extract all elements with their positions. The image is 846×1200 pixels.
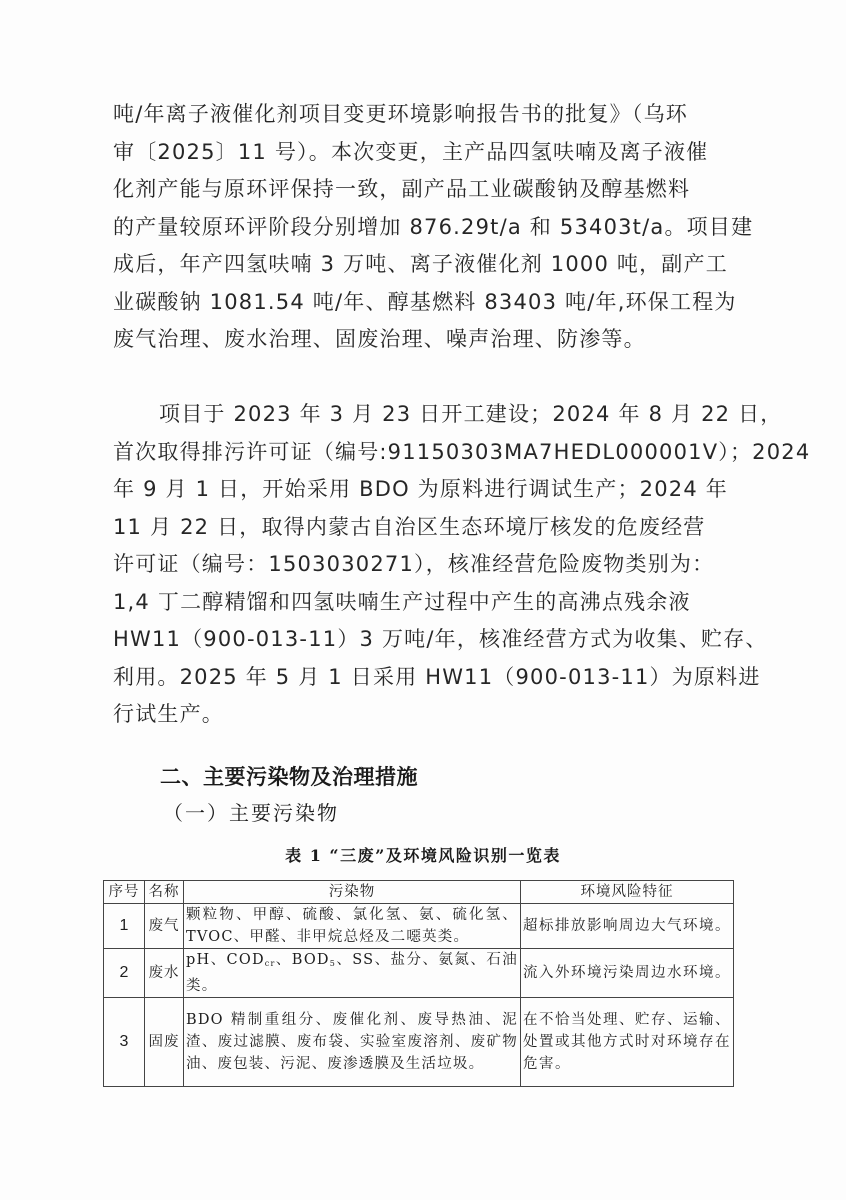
section-heading: 二、主要污染物及治理措施 — [160, 761, 418, 791]
cell-risk: 在不恰当处理、贮存、运输、处置或其他方式时对环境存在危害。 — [521, 998, 734, 1087]
pollutant-text: 、BOD — [275, 952, 329, 968]
text-line: 首次取得排污许可证（编号:91150303MA7HEDL000001V）；202… — [113, 434, 735, 472]
text-line: 项目于 2023 年 3 月 23 日开工建设；2024 年 8 月 22 日， — [113, 396, 735, 434]
cell-pollutants: 颗粒物、甲醇、硫酸、氯化氢、氨、硫化氢、TVOC、甲醛、非甲烷总烃及二噁英类。 — [184, 904, 521, 949]
document-page: 吨/年离子液催化剂项目变更环境影响报告书的批复》（乌环 审〔2025〕11 号）… — [0, 0, 846, 1200]
text-line: 年 9 月 1 日，开始采用 BDO 为原料进行调试生产；2024 年 — [113, 471, 735, 509]
header-pollutants: 污染物 — [184, 881, 521, 904]
table-row: 3 固废 BDO 精制重组分、废催化剂、废导热油、泥渣、废过滤膜、废布袋、实验室… — [104, 998, 734, 1087]
cell-no: 2 — [104, 949, 145, 998]
pollutant-risk-table: 序号 名称 污染物 环境风险特征 1 废气 颗粒物、甲醇、硫酸、氯化氢、氨、硫化… — [103, 880, 734, 1087]
cell-pollutants: BDO 精制重组分、废催化剂、废导热油、泥渣、废过滤膜、废布袋、实验室废溶剂、废… — [184, 998, 521, 1087]
text-line: 利用。2025 年 5 月 1 日采用 HW11（900-013-11）为原料进 — [113, 659, 735, 697]
cell-no: 3 — [104, 998, 145, 1087]
text-line: 行试生产。 — [113, 696, 735, 734]
paragraph-project-change: 吨/年离子液催化剂项目变更环境影响报告书的批复》（乌环 审〔2025〕11 号）… — [113, 96, 735, 359]
cell-risk: 超标排放影响周边大气环境。 — [521, 904, 734, 949]
text-line: 1,4 丁二醇精馏和四氢呋喃生产过程中产生的高沸点残余液 — [113, 584, 735, 622]
text-line: 吨/年离子液催化剂项目变更环境影响报告书的批复》（乌环 — [113, 96, 735, 134]
text-line: 业碳酸钠 1081.54 吨/年、醇基燃料 83403 吨/年,环保工程为 — [113, 284, 735, 322]
header-name: 名称 — [145, 881, 184, 904]
text-line: 审〔2025〕11 号）。本次变更，主产品四氢呋喃及离子液催 — [113, 134, 735, 172]
text-line: 废气治理、废水治理、固废治理、噪声治理、防渗等。 — [113, 321, 735, 359]
text-line: 化剂产能与原环评保持一致，副产品工业碳酸钠及醇基燃料 — [113, 171, 735, 209]
text-line: 的产量较原环评阶段分别增加 876.29t/a 和 53403t/a。项目建 — [113, 209, 735, 247]
cell-risk: 流入外环境污染周边水环境。 — [521, 949, 734, 998]
text-line: 许可证（编号：1503030271），核准经营危险废物类别为： — [113, 546, 735, 584]
cell-name: 废气 — [145, 904, 184, 949]
cell-no: 1 — [104, 904, 145, 949]
paragraph-project-timeline: 项目于 2023 年 3 月 23 日开工建设；2024 年 8 月 22 日，… — [113, 396, 735, 734]
table-header-row: 序号 名称 污染物 环境风险特征 — [104, 881, 734, 904]
text-line: 11 月 22 日，取得内蒙古自治区生态环境厅核发的危废经营 — [113, 509, 735, 547]
cell-pollutants: pH、CODcr、BOD5、SS、盐分、氨氮、石油类。 — [184, 949, 521, 998]
table-caption: 表 1 “三废”及环境风险识别一览表 — [0, 843, 846, 866]
table-row: 2 废水 pH、CODcr、BOD5、SS、盐分、氨氮、石油类。 流入外环境污染… — [104, 949, 734, 998]
text-line: 成后，年产四氢呋喃 3 万吨、离子液催化剂 1000 吨，副产工 — [113, 246, 735, 284]
table-row: 1 废气 颗粒物、甲醇、硫酸、氯化氢、氨、硫化氢、TVOC、甲醛、非甲烷总烃及二… — [104, 904, 734, 949]
text-line: HW11（900-013-11）3 万吨/年，核准经营方式为收集、贮存、 — [113, 621, 735, 659]
header-risk: 环境风险特征 — [521, 881, 734, 904]
header-no: 序号 — [104, 881, 145, 904]
subscript-cr: cr — [265, 959, 276, 968]
pollutant-text: pH、COD — [186, 952, 265, 968]
cell-name: 固废 — [145, 998, 184, 1087]
subsection-heading: （一）主要污染物 — [163, 797, 339, 826]
cell-name: 废水 — [145, 949, 184, 998]
